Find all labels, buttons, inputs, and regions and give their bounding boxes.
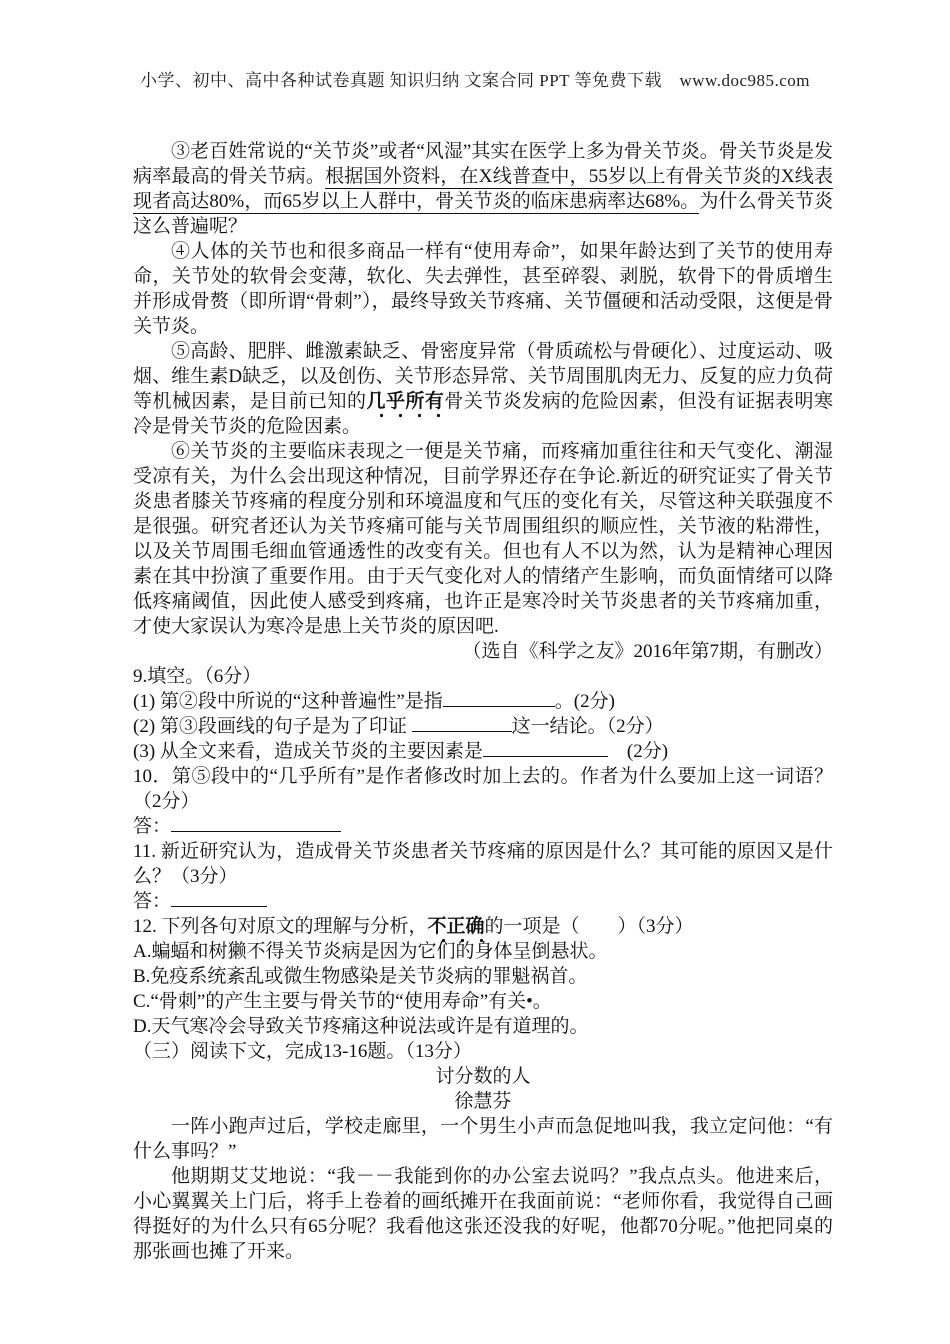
q11-answer-blank-line [171, 890, 267, 907]
q9-item3-text: (3) 从全文来看，造成关节炎的主要因素是 [133, 741, 483, 762]
q9-item3-blank-line [483, 740, 608, 757]
question-9-item-3: (3) 从全文来看，造成关节炎的主要因素是 (2分) [133, 739, 833, 764]
question-11-answer: 答： [133, 889, 833, 914]
q11-text: 11. 新近研究认为，造成骨关节炎患者关节疼痛的原因是什么？其可能的原因又是什么… [133, 841, 833, 887]
q9-item1-text: (1) 第②段中所说的“这种普遍性”是指 [133, 691, 443, 712]
q9-item1-tail: 。(2分) [555, 691, 615, 712]
q9-item2-blank-line [412, 715, 512, 732]
q9-stem-text: 9.填空。（6分） [133, 666, 261, 687]
section-3-heading-text: （三）阅读下文，完成13-16题。（13分） [133, 1041, 472, 1062]
q11-answer-label: 答： [133, 891, 171, 912]
question-9-item-2: (2) 第③段画线的句子是为了印证 这一结论。（2分） [133, 714, 833, 739]
q12-stem-tail: 的一项是（ ）（3分） [485, 916, 694, 937]
passage-p1-text: 一阵小跑声过后，学校走廊里，一个男生小声而急促地叫我，我立定问他：“有什么事吗？… [133, 1116, 833, 1162]
watermark-header: 小学、初中、高中各种试卷真题 知识归纳 文案合同 PPT 等免费下载 www.d… [0, 66, 950, 91]
paragraph-3: ③老百姓常说的“关节炎”或者“风湿”其实在医学上多为骨关节炎。骨关节炎是发病率最… [133, 139, 833, 239]
source-attribution: （选自《科学之友》2016年第7期，有删改） [133, 639, 833, 664]
question-12-option-d: D.天气寒冷会导致关节疼痛这种说法或许是有道理的。 [133, 1014, 833, 1039]
paragraph-5: ⑤高龄、肥胖、雌激素缺乏、骨密度异常（骨质疏松与骨硬化）、过度运动、吸烟、维生素… [133, 339, 833, 439]
q12-option-b-text: B.免疫系统紊乱或微生物感染是关节炎病的罪魁祸首。 [133, 966, 587, 987]
question-12-option-b: B.免疫系统紊乱或微生物感染是关节炎病的罪魁祸首。 [133, 964, 833, 989]
q9-item1-blank-line [443, 690, 555, 707]
exam-page: 小学、初中、高中各种试卷真题 知识归纳 文案合同 PPT 等免费下载 www.d… [0, 0, 950, 1344]
p6-text: ⑥关节炎的主要临床表现之一便是关节痛，而疼痛加重往往和天气变化、潮湿受凉有关，为… [133, 441, 833, 637]
passage-p2-text: 他期期艾艾地说：“我－－我能到你的办公室去说吗？”我点点头。他进来后，小心翼翼关… [133, 1166, 833, 1262]
reading-passage-title: 讨分数的人 [133, 1064, 833, 1089]
paragraph-6: ⑥关节炎的主要临床表现之一便是关节痛，而疼痛加重往往和天气变化、潮湿受凉有关，为… [133, 439, 833, 639]
p4-text: ④人体的关节也和很多商品一样有“使用寿命”，如果年龄达到了关节的使用寿命，关节处… [133, 241, 833, 337]
q9-item2-tail: 这一结论。（2分） [512, 716, 664, 737]
passage-title-text: 讨分数的人 [435, 1066, 530, 1087]
passage-paragraph-2: 他期期艾艾地说：“我－－我能到你的办公室去说吗？”我点点头。他进来后，小心翼翼关… [133, 1164, 833, 1264]
document-content: ③老百姓常说的“关节炎”或者“风湿”其实在医学上多为骨关节炎。骨关节炎是发病率最… [133, 139, 833, 1264]
passage-author-text: 徐慧芬 [454, 1091, 511, 1112]
paragraph-4: ④人体的关节也和很多商品一样有“使用寿命”，如果年龄达到了关节的使用寿命，关节处… [133, 239, 833, 339]
question-12-option-c: C.“骨刺”的产生主要与骨关节的“使用寿命”有关•。 [133, 989, 833, 1014]
q12-option-a-text: A.蝙蝠和树獭不得关节炎病是因为它们的身体呈倒悬状。 [133, 941, 607, 962]
q10-answer-label: 答： [133, 816, 171, 837]
question-9-item-1: (1) 第②段中所说的“这种普遍性”是指。(2分) [133, 689, 833, 714]
reading-passage-author: 徐慧芬 [133, 1089, 833, 1114]
question-9-stem: 9.填空。（6分） [133, 664, 833, 689]
source-text: （选自《科学之友》2016年第7期，有删改） [462, 641, 833, 662]
question-12-stem: 12. 下列各句对原文的理解与分析，不正确的一项是（ ）（3分） [133, 914, 833, 939]
question-12-option-a: A.蝙蝠和树獭不得关节炎病是因为它们的身体呈倒悬状。 [133, 939, 833, 964]
p5-emphasized-phrase: 几乎所有 [366, 391, 444, 418]
question-11: 11. 新近研究认为，造成骨关节炎患者关节疼痛的原因是什么？其可能的原因又是什么… [133, 839, 833, 889]
q12-option-d-text: D.天气寒冷会导致关节疼痛这种说法或许是有道理的。 [133, 1016, 588, 1037]
q9-item3-tail: (2分) [608, 741, 668, 762]
question-10: 10．第⑤段中的“几乎所有”是作者修改时加上去的。作者为什么要加上这一词语？（2… [133, 764, 833, 814]
q10-text: 10．第⑤段中的“几乎所有”是作者修改时加上去的。作者为什么要加上这一词语？（2… [133, 766, 833, 812]
passage-paragraph-1: 一阵小跑声过后，学校走廊里，一个男生小声而急促地叫我，我立定问他：“有什么事吗？… [133, 1114, 833, 1164]
q12-stem-text: 12. 下列各句对原文的理解与分析， [133, 916, 428, 937]
question-10-answer: 答： [133, 814, 833, 839]
q12-option-c-text: C.“骨刺”的产生主要与骨关节的“使用寿命”有关•。 [133, 991, 552, 1012]
q10-answer-blank-line [171, 815, 341, 832]
q9-item2-text: (2) 第③段画线的句子是为了印证 [133, 716, 412, 737]
section-3-heading: （三）阅读下文，完成13-16题。（13分） [133, 1039, 833, 1064]
